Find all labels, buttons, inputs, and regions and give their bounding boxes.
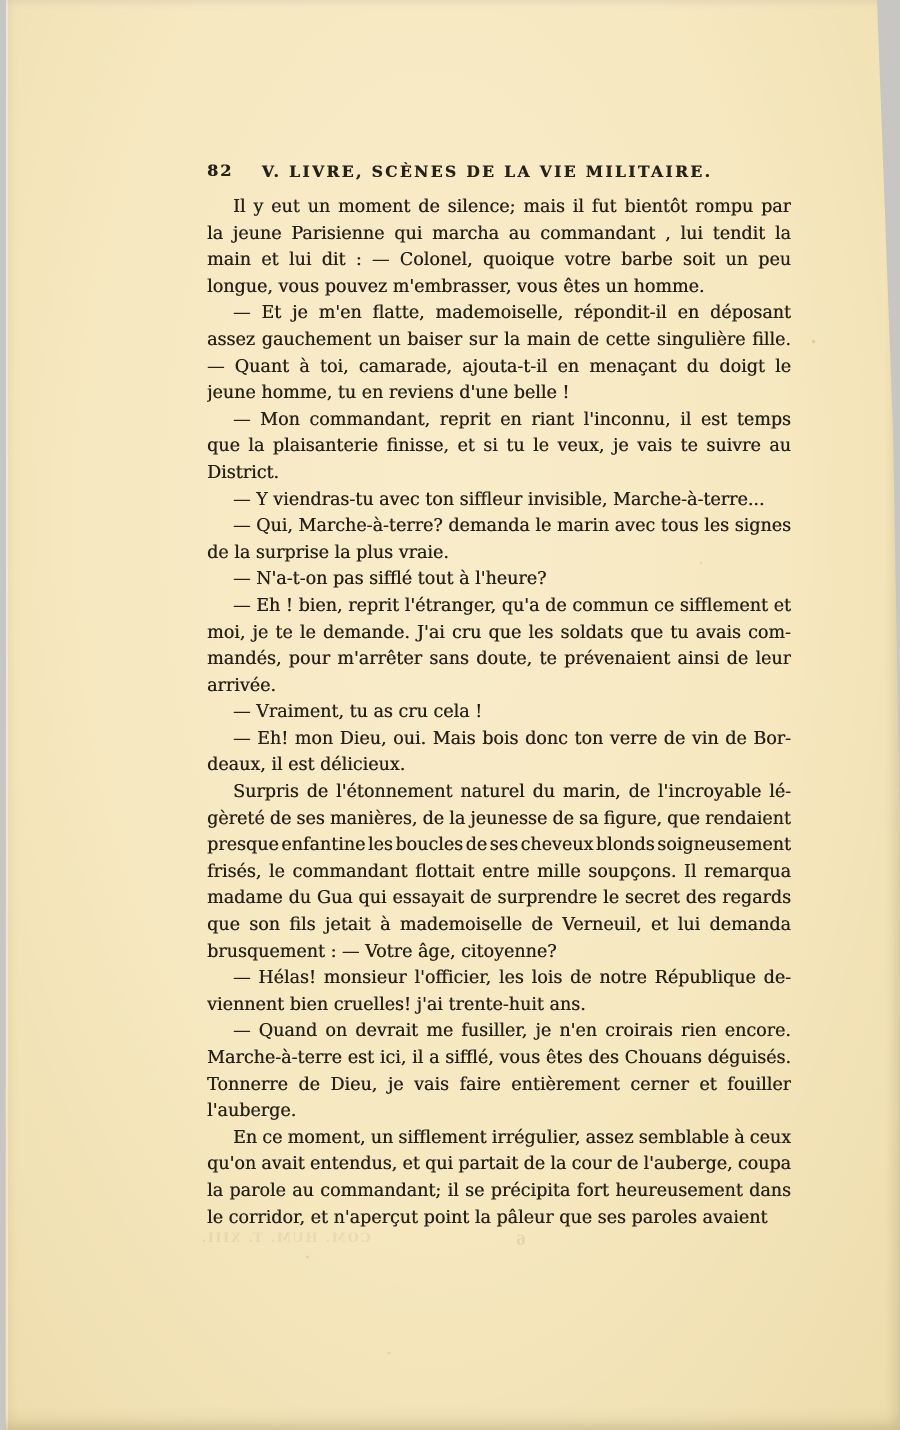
text-line: mandés,pourm'arrêtersansdoute,teprévenai… <box>207 646 791 673</box>
paragraph: —Etjem'enflatte,mademoiselle,répondit-il… <box>207 300 791 406</box>
text-line: — Y viendras-tu avec ton siffleur invisi… <box>207 487 791 514</box>
text-line: de la surprise la plus vraie. <box>207 540 791 567</box>
text-line: quelaplaisanteriefinisse,etsituleveux,je… <box>207 433 791 460</box>
page-header: 82 V. LIVRE, SCÈNES DE LA VIE MILITAIRE. <box>207 160 791 184</box>
paragraph: — Vraiment, tu as cru cela ! <box>207 699 791 726</box>
paragraph: Ilyeutunmomentdesilence;maisilfutbientôt… <box>207 194 791 300</box>
text-line: assezgauchementunbaisersurlamaindecettes… <box>207 327 791 354</box>
foxing-spot <box>306 1256 309 1258</box>
text-line: —Eh!monDieu,oui.Maisboisdonctonverredevi… <box>207 726 791 753</box>
text-line: TonnerredeDieu,jevaisfaireentièrementcer… <box>207 1072 791 1099</box>
text-line: —Qui,Marche-à-terre?demandalemarinavecto… <box>207 513 791 540</box>
text-line: District. <box>207 460 791 487</box>
paragraph: —Moncommandant,repritenriantl'inconnu,il… <box>207 407 791 487</box>
text-line: longue, vous pouvez m'embrasser, vous êt… <box>207 274 791 301</box>
foxing-spot <box>388 1352 390 1354</box>
verso-show-through-signature: COM. HUM. T. XIII. <box>200 1231 371 1246</box>
paragraph: —Eh!bien,repritl'étranger,qu'adecommunce… <box>207 593 791 699</box>
paragraph: Surprisdel'étonnementnatureldumarin,del'… <box>207 779 791 965</box>
text-line: — N'a-t-on pas sifflé tout à l'heure? <box>207 566 791 593</box>
text-line: l'auberge. <box>207 1098 791 1125</box>
text-line: mainetluidit:—Colonel,quoiquevotrebarbes… <box>207 247 791 274</box>
text-line: arrivée. <box>207 673 791 700</box>
text-line: —Hélas!monsieurl'officier,lesloisdenotre… <box>207 965 791 992</box>
text-line: —Moncommandant,repritenriantl'inconnu,il… <box>207 407 791 434</box>
paragraph: Encemoment,unsifflementirrégulier,assezs… <box>207 1125 791 1231</box>
text-line: madameduGuaquiessayaitdesurprendrelesecr… <box>207 885 791 912</box>
text-line: quesonfilsjetaitàmademoiselledeVerneuil,… <box>207 912 791 939</box>
text-line: Encemoment,unsifflementirrégulier,assezs… <box>207 1125 791 1152</box>
text-line: — Vraiment, tu as cru cela ! <box>207 699 791 726</box>
text-line: deaux, il est délicieux. <box>207 752 791 779</box>
text-block: Ilyeutunmomentdesilence;maisilfutbientôt… <box>207 194 791 1231</box>
text-line: frisés,lecommandantflottaitentremillesou… <box>207 859 791 886</box>
text-line: gèretédesesmanières,delajeunessedesafigu… <box>207 806 791 833</box>
text-line: Ilyeutunmomentdesilence;maisilfutbientôt… <box>207 194 791 221</box>
paragraph: —Eh!monDieu,oui.Maisboisdonctonverredevi… <box>207 726 791 779</box>
text-line: Marche-à-terreestici,ilasifflé,vousêtesd… <box>207 1045 791 1072</box>
text-line: Surprisdel'étonnementnatureldumarin,del'… <box>207 779 791 806</box>
text-line: brusquement : — Votre âge, citoyenne? <box>207 939 791 966</box>
text-line: lajeuneParisiennequimarchaaucommandant,l… <box>207 221 791 248</box>
paragraph: — N'a-t-on pas sifflé tout à l'heure? <box>207 566 791 593</box>
text-line: qu'onavaitentendus,etquipartaitdelacourd… <box>207 1151 791 1178</box>
text-line: moi,jeteledemande.J'aicruquelessoldatsqu… <box>207 620 791 647</box>
text-line: viennent bien cruelles! j'ai trente-huit… <box>207 992 791 1019</box>
foxing-spot <box>812 340 815 343</box>
paragraph: —Hélas!monsieurl'officier,lesloisdenotre… <box>207 965 791 1018</box>
paragraph: —Qui,Marche-à-terre?demandalemarinavecto… <box>207 513 791 566</box>
paragraph: —Quandondevraitmefusiller,jen'encroirais… <box>207 1018 791 1124</box>
text-line: —Etjem'enflatte,mademoiselle,répondit-il… <box>207 300 791 327</box>
text-line: —Quantàtoi,camarade,ajouta-t-ilenmenaçan… <box>207 354 791 381</box>
text-line: —Eh!bien,repritl'étranger,qu'adecommunce… <box>207 593 791 620</box>
text-line: presqueenfantinelesbouclesdesescheveuxbl… <box>207 832 791 859</box>
paragraph: — Y viendras-tu avec ton siffleur invisi… <box>207 487 791 514</box>
text-line: jeune homme, tu en reviens d'une belle ! <box>207 380 791 407</box>
text-line: laparoleaucommandant;ilseprécipitaforthe… <box>207 1178 791 1205</box>
verso-show-through-number: 6 <box>516 1233 526 1249</box>
page-edge-highlight <box>6 0 8 1430</box>
running-title: V. LIVRE, SCÈNES DE LA VIE MILITAIRE. <box>207 162 767 181</box>
text-line: le corridor, et n'aperçut point la pâleu… <box>207 1205 791 1232</box>
text-line: —Quandondevraitmefusiller,jen'encroirais… <box>207 1018 791 1045</box>
